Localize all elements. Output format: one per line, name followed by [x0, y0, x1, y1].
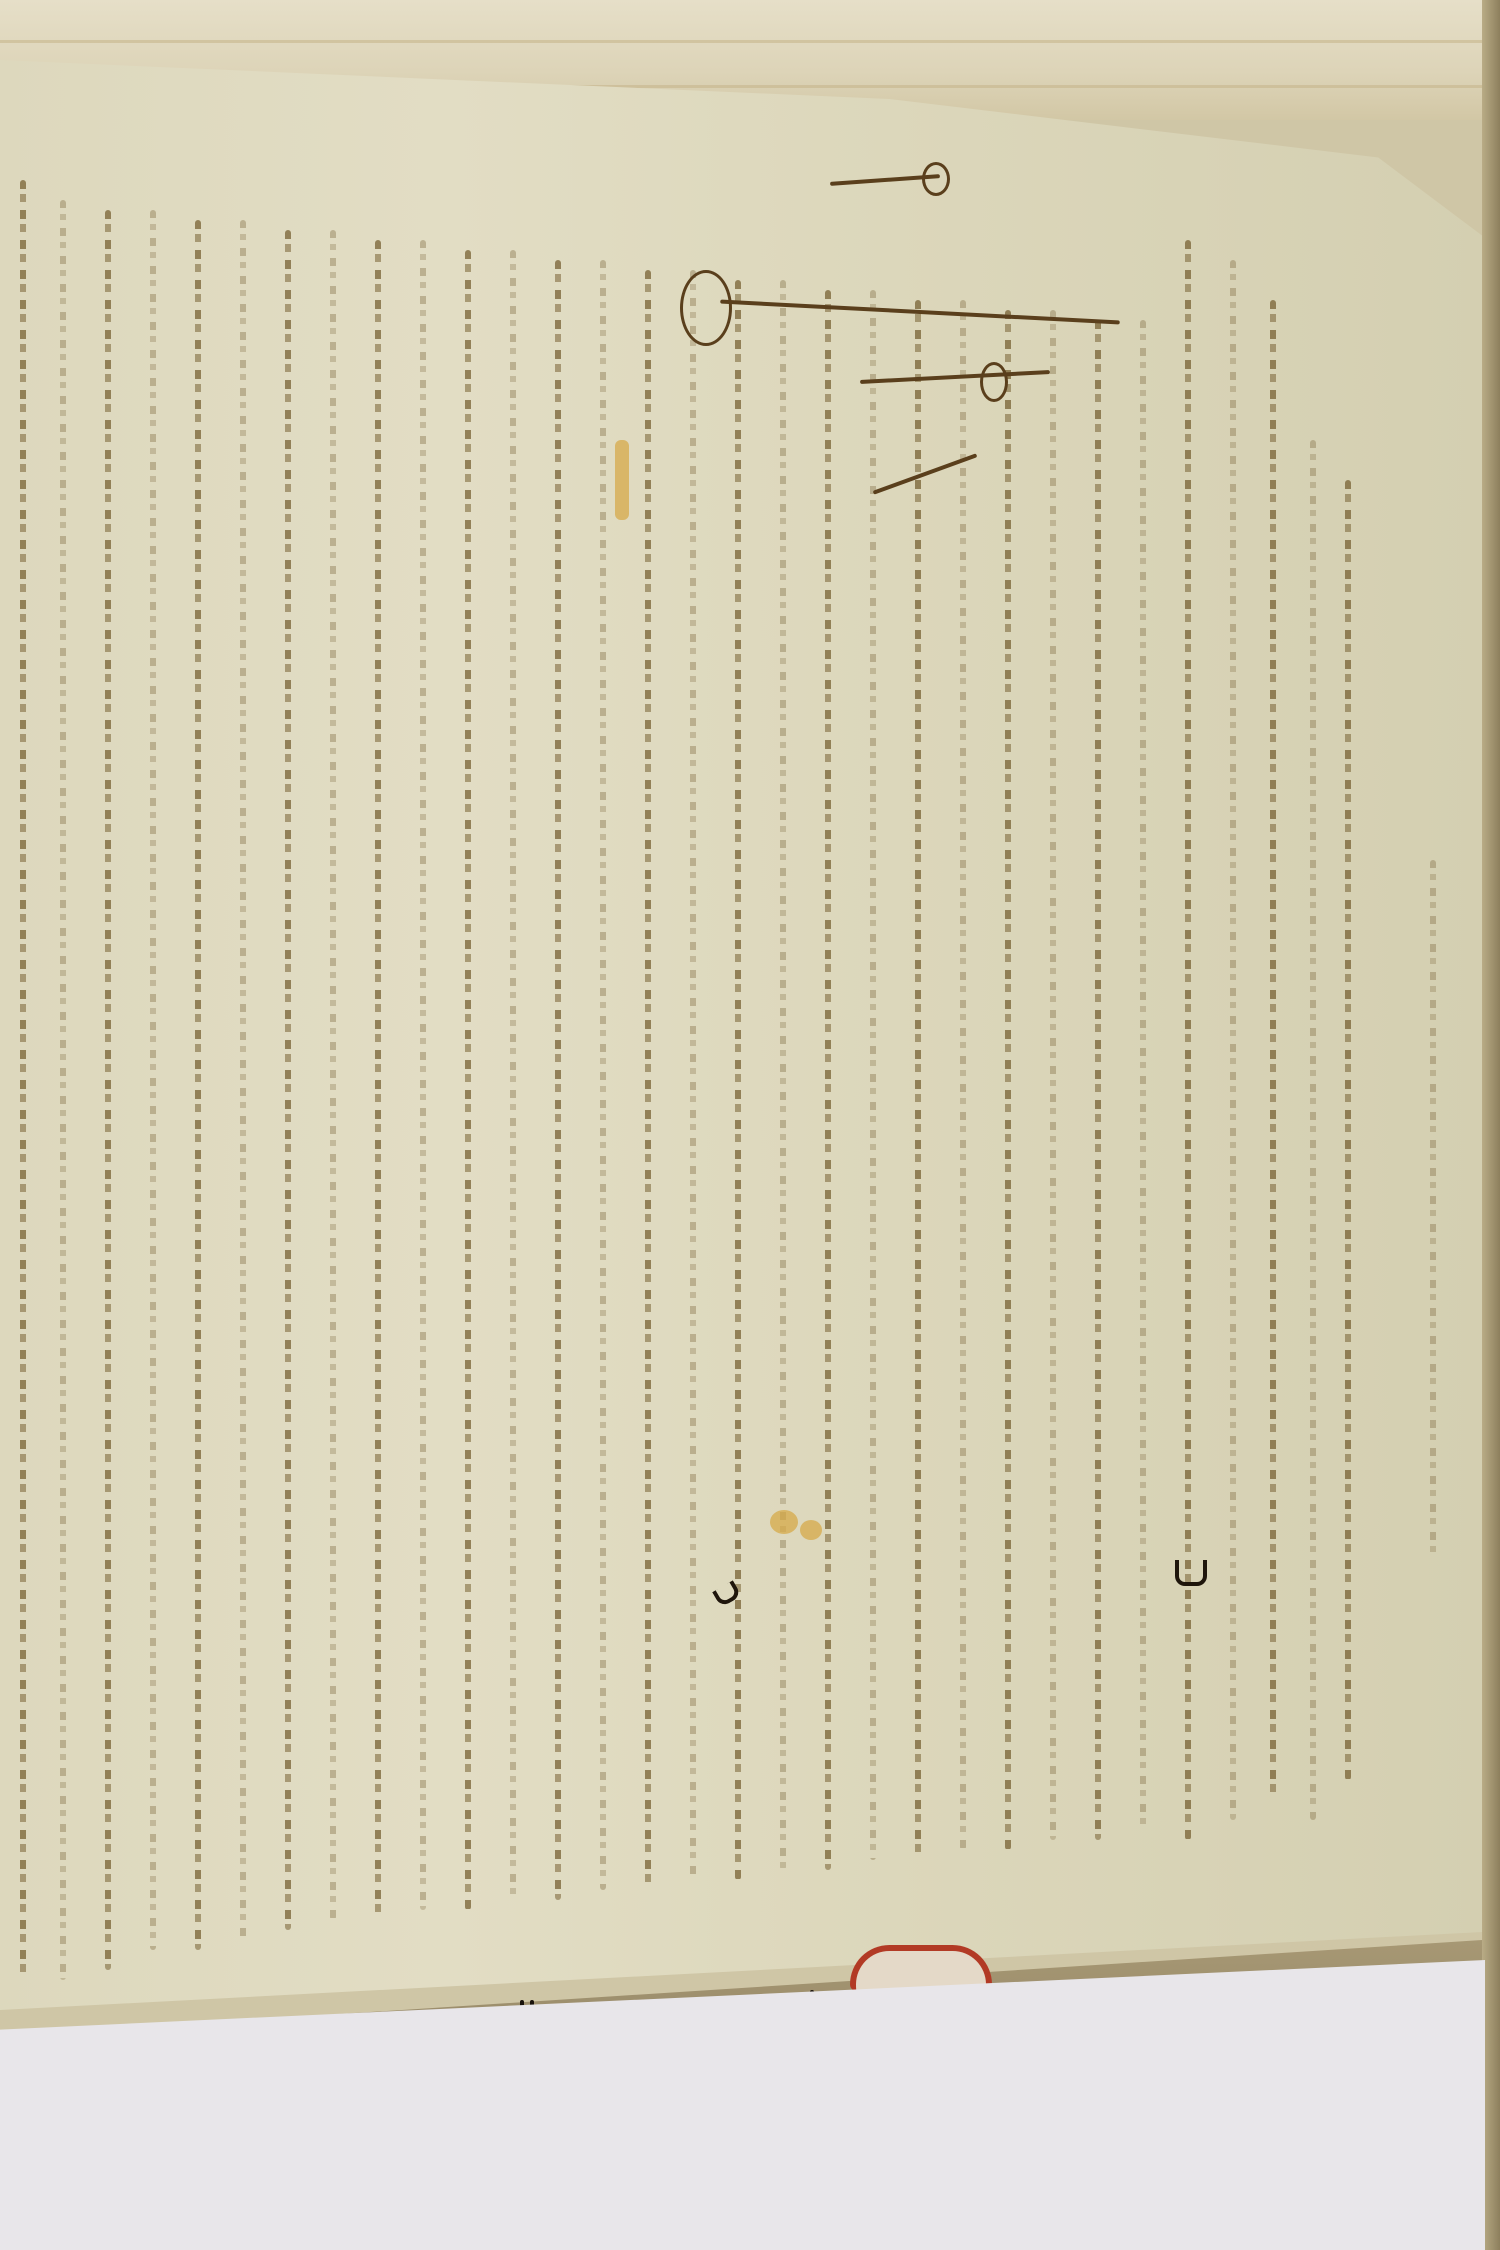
text-line: [330, 230, 336, 1920]
text-line: [195, 220, 201, 1950]
foxing-stain: [770, 1510, 798, 1534]
text-line: [150, 210, 156, 1950]
text-line: [465, 250, 471, 1910]
fold-line: [0, 40, 1500, 43]
text-line: [510, 250, 516, 1900]
wax-seal: [850, 1945, 992, 1991]
text-line: [1050, 310, 1056, 1840]
text-line: [645, 270, 651, 1890]
foxing-stain: [615, 440, 629, 520]
ink-mark: [1175, 1560, 1207, 1586]
text-line: [1005, 310, 1011, 1850]
text-line: [420, 240, 426, 1910]
text-line: [1270, 300, 1276, 1800]
text-line: [1185, 240, 1191, 1840]
address-block: [660, 150, 1140, 530]
text-line: [1345, 480, 1351, 1780]
text-line: [240, 220, 246, 1940]
text-line: [555, 260, 561, 1900]
address-line: [873, 453, 978, 494]
text-line: [1310, 440, 1316, 1820]
address-line: [860, 370, 1050, 384]
text-line: [1140, 320, 1146, 1830]
text-line: [915, 300, 921, 1860]
text-line: [1430, 860, 1436, 1560]
text-line: [375, 240, 381, 1920]
address-flourish: [980, 362, 1008, 402]
text-line: [1095, 320, 1101, 1840]
address-flourish: [680, 270, 732, 346]
address-flourish: [922, 162, 950, 196]
text-line: [960, 300, 966, 1850]
white-paper-sheet: [0, 1960, 1485, 2250]
foxing-stain: [800, 1520, 822, 1540]
text-line: [285, 230, 291, 1930]
text-line: [20, 180, 26, 1980]
address-line: [720, 300, 1120, 325]
text-line: [60, 200, 66, 1980]
text-line: [105, 210, 111, 1970]
page-edge: [1482, 0, 1500, 2250]
text-line: [600, 260, 606, 1890]
text-line: [1230, 260, 1236, 1820]
